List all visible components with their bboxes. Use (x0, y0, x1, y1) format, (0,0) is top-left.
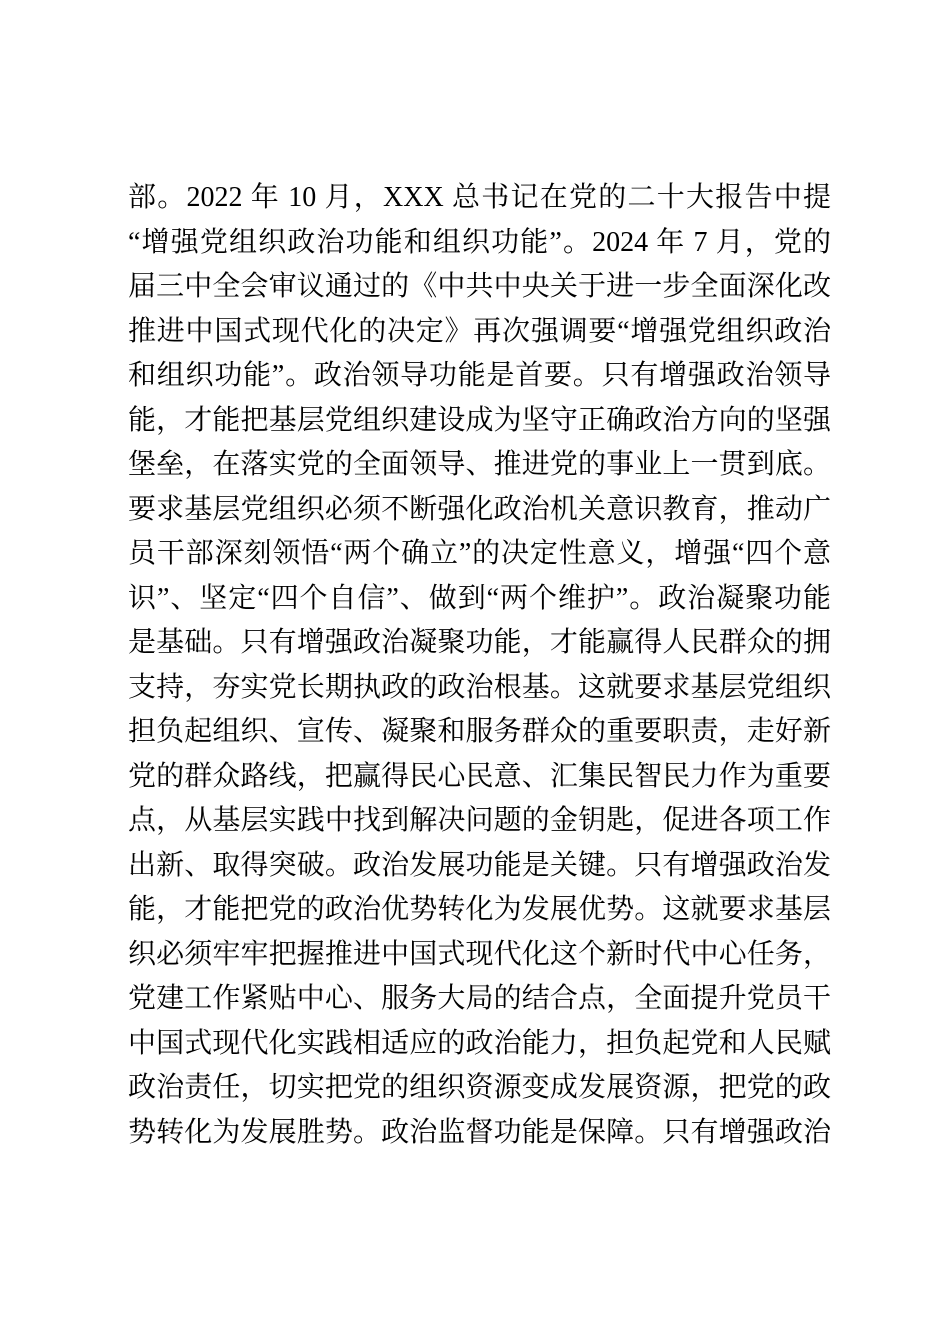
text-line: 是基础。只有增强政治凝聚功能，才能赢得人民群众的拥护和 (128, 621, 831, 666)
text-line: 出新、取得突破。政治发展功能是关键。只有增强政治发展功 (128, 844, 831, 889)
text-line: 势转化为发展胜势。政治监督功能是保障。只有增强政治监督 (128, 1111, 831, 1156)
text-line: 能，才能把党的政治优势转化为发展优势。这就要求基层党组 (128, 888, 831, 933)
document-page: 部。2022 年 10 月，XXX 总书记在党的二十大报告中提出要 “增强党组织… (0, 0, 950, 1344)
text-line: 点，从基层实践中找到解决问题的金钥匙，促进各项工作推陈 (128, 799, 831, 844)
text-line: 堡垒，在落实党的全面领导、推进党的事业上一贯到底。这就 (128, 443, 831, 488)
text-line: 党建工作紧贴中心、服务大局的结合点，全面提升党员干部与 (128, 977, 831, 1022)
text-line: 推进中国式现代化的决定》再次强调要“增强党组织政治功能 (128, 310, 831, 355)
text-line: 能，才能把基层党组织建设成为坚守正确政治方向的坚强战斗 (128, 399, 831, 444)
text-line: 员干部深刻领悟“两个确立”的决定性意义，增强“四个意 (128, 532, 831, 577)
text-line: 担负起组织、宣传、凝聚和服务群众的重要职责，走好新时代 (128, 710, 831, 755)
text-line: 织必须牢牢把握推进中国式现代化这个新时代中心任务，找准 (128, 933, 831, 978)
text-line: 和组织功能”。政治领导功能是首要。只有增强政治领导功 (128, 354, 831, 399)
text-line: 识”、坚定“四个自信”、做到“两个维护”。政治凝聚功能 (128, 577, 831, 622)
text-line: 中国式现代化实践相适应的政治能力，担负起党和人民赋予的 (128, 1022, 831, 1067)
body-paragraph: 部。2022 年 10 月，XXX 总书记在党的二十大报告中提出要 “增强党组织… (128, 176, 831, 1155)
text-line: 要求基层党组织必须不断强化政治机关意识教育，推动广大党 (128, 488, 831, 533)
text-line: 届三中全会审议通过的《中共中央关于进一步全面深化改革、 (128, 265, 831, 310)
text-line: “增强党组织政治功能和组织功能”。2024 年 7 月，党的二十 (128, 221, 831, 266)
text-line: 政治责任，切实把党的组织资源变成发展资源，把党的政治优 (128, 1066, 831, 1111)
text-line: 党的群众路线，把赢得民心民意、汇集民智民力作为重要着力 (128, 755, 831, 800)
text-line: 支持，夯实党长期执政的政治根基。这就要求基层党组织必须 (128, 666, 831, 711)
text-line: 部。2022 年 10 月，XXX 总书记在党的二十大报告中提出要 (128, 176, 831, 221)
